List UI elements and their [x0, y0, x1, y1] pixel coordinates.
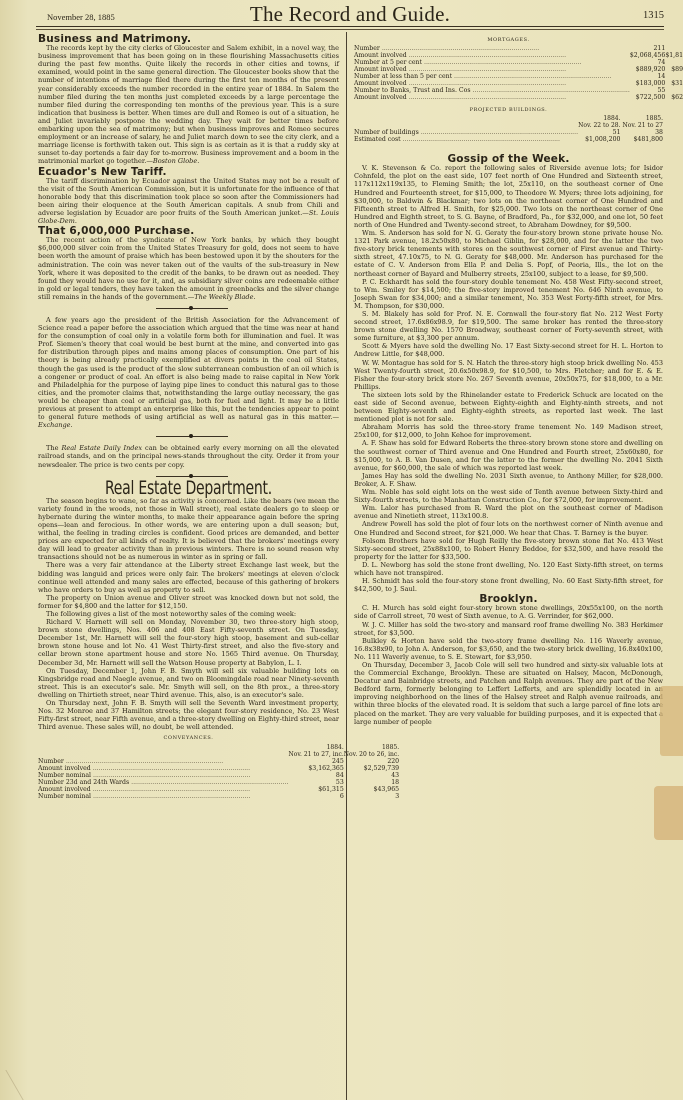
conveyances-stats: 1884. 1885. Nov. 21 to 27, inc. Nov. 20 … — [38, 744, 399, 800]
section-ornament — [38, 433, 339, 440]
table-row: Number .................................… — [354, 45, 683, 52]
masthead-rule-thin — [36, 29, 664, 30]
paragraph: Wm. S. Anderson has sold for N. G. Gerat… — [354, 229, 663, 278]
paragraph: The season begins to wane, so far as act… — [38, 497, 339, 562]
article-body: The recent action of the syndicate of Ne… — [38, 236, 339, 301]
brooklyn-section: Brooklyn. C. H. Murch has sold eight fou… — [354, 595, 663, 726]
paper-stain — [660, 686, 683, 756]
newspaper-page: November 28, 1885 The Record and Guide. … — [0, 0, 683, 1100]
notice-body: The Real Estate Daily Index can be obtai… — [38, 444, 339, 468]
projected-buildings-table: PROJECTED BUILDINGS. 1884. 1885. Nov. 22… — [354, 106, 663, 143]
article-business-matrimony: Business and Matrimony. The records kept… — [38, 35, 339, 166]
table-row: Estimated cost .........................… — [354, 136, 663, 143]
paragraph: Scott & Myers have sold the dwelling No.… — [354, 342, 663, 358]
paragraph: A. F. Shaw has sold for Edward Roberts t… — [354, 439, 663, 471]
mortgages-table: MORTGAGES. Number ......................… — [354, 36, 663, 101]
article-ecuador-tariff: Ecuador's New Tariff. The tariff discrim… — [38, 168, 339, 226]
table-row: Amount involved ........................… — [38, 786, 399, 793]
paragraph: Folsom Brothers have sold for Hugh Reill… — [354, 537, 663, 561]
paragraph: V. K. Stevenson & Co. report the followi… — [354, 164, 663, 229]
section-heading: Brooklyn. — [354, 595, 663, 603]
paragraph: Richard V. Harnett will sell on Monday, … — [38, 618, 339, 667]
paragraph: There was a very fair attendance at the … — [38, 561, 339, 593]
paragraph: The sixteen lots sold by the Rhinelander… — [354, 391, 663, 423]
table-row: Amount involved ........................… — [38, 765, 399, 772]
conveyances-table: CONVEYANCES. 1884. 1885. Nov. 21 to 27, … — [38, 734, 339, 799]
table-row: Number .................................… — [38, 758, 399, 765]
paragraph: D. L. Newborg has sold the stone front d… — [354, 561, 663, 577]
page-corner-fold — [0, 1070, 24, 1100]
column-divider — [346, 32, 347, 1100]
paragraph: James Hay has sold the dwelling No. 2031… — [354, 472, 663, 488]
table-row: Number at less than 5 per cent .........… — [354, 73, 683, 80]
paragraph: W. J. C. Miller has sold the two-story a… — [354, 621, 663, 637]
department-paragraphs: The season begins to wane, so far as act… — [38, 497, 339, 732]
paragraph: On Tuesday, December 1, John F. B. Smyth… — [38, 667, 339, 699]
paragraph: W. W. Montague has sold for S. N. Hatch … — [354, 359, 663, 391]
article-body: The records kept by the city clerks of G… — [38, 44, 339, 165]
table-title: CONVEYANCES. — [38, 734, 339, 742]
masthead: November 28, 1885 The Record and Guide. … — [36, 2, 664, 26]
paragraph: P. C. Eckhardt has sold the four-story d… — [354, 278, 663, 310]
paragraph: Bulkley & Horton have sold the two-story… — [354, 637, 663, 661]
article-natural-gas: A few years ago the president of the Bri… — [38, 316, 339, 429]
gossip-of-the-week: Gossip of the Week. V. K. Stevenson & Co… — [354, 155, 663, 593]
table-row: Amount involved ........................… — [354, 94, 683, 101]
paragraph: Wm. Noble has sold eight lots on the wes… — [354, 488, 663, 504]
paragraph: The following gives a list of the most n… — [38, 610, 339, 618]
table-row: Number at 5 per cent ...................… — [354, 59, 683, 66]
article-heading: That 6,000,000 Purchase. — [38, 227, 339, 235]
section-heading: Gossip of the Week. — [354, 155, 663, 163]
projected-buildings-stats: 1884. 1885. Nov. 22 to 28. Nov. 21 to 27… — [354, 115, 663, 143]
mortgages-stats: Number .................................… — [354, 45, 683, 101]
article-body: A few years ago the president of the Bri… — [38, 316, 339, 429]
table-row: Number nominal .........................… — [38, 772, 399, 779]
paragraph: C. H. Murch has sold eight four-story br… — [354, 604, 663, 620]
table-header-ranges: Nov. 22 to 28. Nov. 21 to 27 — [354, 122, 663, 129]
article-purchase: That 6,000,000 Purchase. The recent acti… — [38, 227, 339, 301]
paper-stain — [654, 786, 683, 840]
brooklyn-paragraphs: C. H. Murch has sold eight four-story br… — [354, 604, 663, 725]
table-header-ranges: Nov. 21 to 27, inc. Nov. 20 to 26, inc. — [38, 751, 399, 758]
left-column: Business and Matrimony. The records kept… — [38, 33, 339, 800]
table-row: Number nominal .........................… — [38, 793, 399, 800]
table-row: Number to Banks, Trust and Ins. Cos ....… — [354, 87, 683, 94]
article-heading: Business and Matrimony. — [38, 35, 339, 43]
publication-title: The Record and Guide. — [36, 2, 664, 27]
table-header-years: 1884. 1885. — [354, 115, 663, 122]
paragraph: The property on Union avenue and Oliver … — [38, 594, 339, 610]
section-ornament — [38, 305, 339, 312]
department-heading: Real Estate Department. — [65, 484, 312, 492]
paragraph: H. Schmidt has sold the four-story stone… — [354, 577, 663, 593]
article-heading: Ecuador's New Tariff. — [38, 168, 339, 176]
table-row: Number 23d and 24th Wards ..............… — [38, 779, 399, 786]
table-row: Number of buildings ....................… — [354, 129, 663, 136]
table-title: MORTGAGES. — [354, 36, 663, 44]
real-estate-department: Real Estate Department. The season begin… — [38, 484, 339, 732]
table-row: Amount involved ........................… — [354, 66, 683, 73]
paragraph: Andrew Powell has sold the plot of four … — [354, 520, 663, 536]
paragraph: Abraham Morris has sold the three-story … — [354, 423, 663, 439]
paragraph: On Thursday, December 3, Jacob Cole will… — [354, 661, 663, 726]
table-header-years: 1884. 1885. — [38, 744, 399, 751]
notice-daily-index: The Real Estate Daily Index can be obtai… — [38, 444, 339, 468]
table-title: PROJECTED BUILDINGS. — [354, 106, 663, 114]
table-row: Amount involved ........................… — [354, 80, 683, 87]
article-body: The tariff discrimination by Ecuador aga… — [38, 177, 339, 226]
table-row: Amount involved ........................… — [354, 52, 683, 59]
paragraph: S. M. Blakely has sold for Prof. N. E. C… — [354, 310, 663, 342]
right-column: MORTGAGES. Number ......................… — [354, 33, 663, 726]
gossip-paragraphs: V. K. Stevenson & Co. report the followi… — [354, 164, 663, 593]
page-number: 1315 — [643, 10, 664, 21]
paragraph: Wm. Lalor has purchased from R. Ward the… — [354, 504, 663, 520]
masthead-rule — [36, 26, 664, 27]
paragraph: On Thursday next, John F. B. Smyth will … — [38, 699, 339, 731]
